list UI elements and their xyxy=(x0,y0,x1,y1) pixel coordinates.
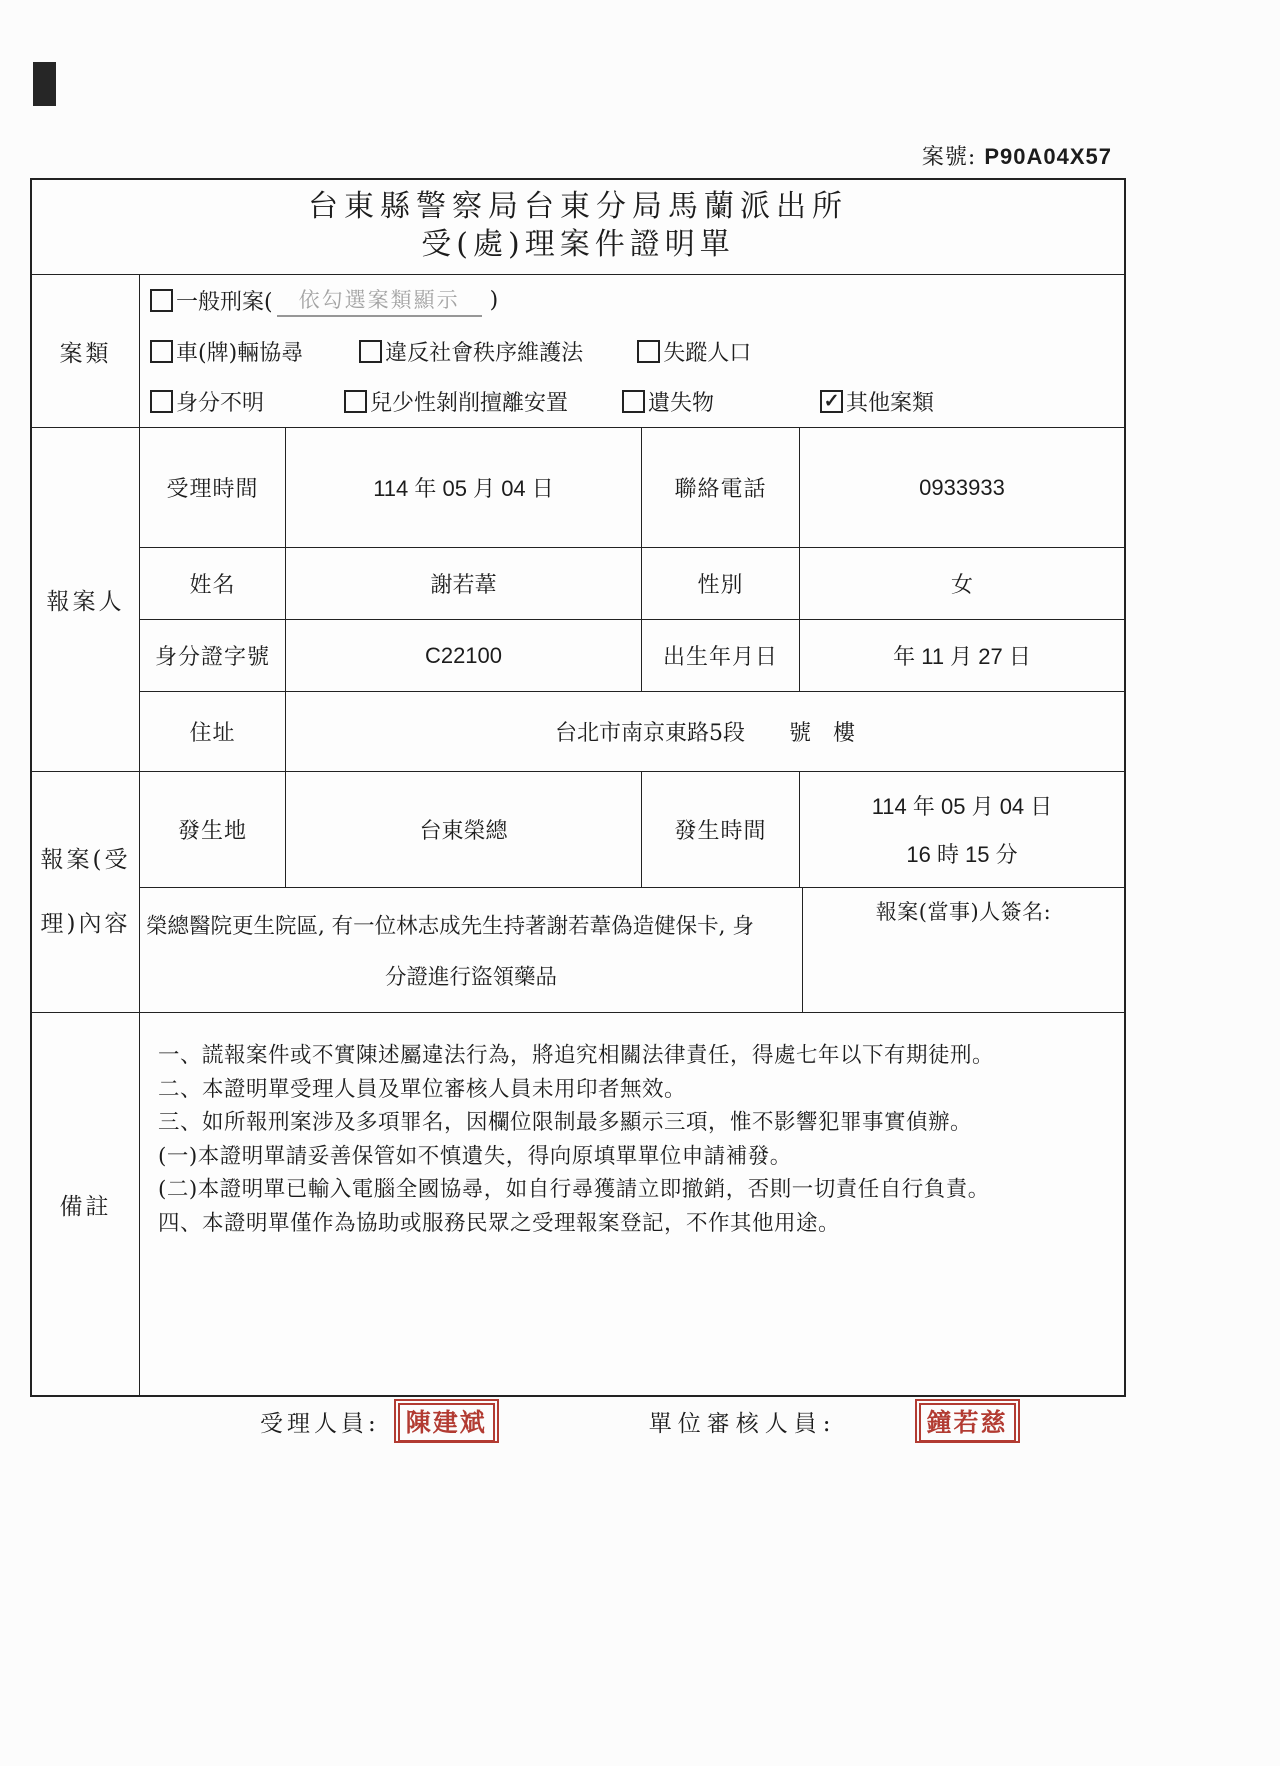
birth-label: 出生年月日 xyxy=(642,620,800,691)
reporter-signature-label: 報案(當事)人簽名: xyxy=(803,888,1124,1012)
label-child-protection: 兒少性剝削擅離安置 xyxy=(370,386,568,417)
accept-time-label: 受理時間 xyxy=(140,428,286,547)
incident-body: 發生地 台東榮總 發生時間 114 年 05 月 04 日 16 時 15 分 … xyxy=(140,772,1124,1012)
remark-line: (二)本證明單已輸入電腦全國協尋，如自行尋獲請立即撤銷，否則一切責任自行負責。 xyxy=(158,1173,1114,1207)
document-page: 案號: P90A04X57 台東縣警察局台東分局馬蘭派出所 受(處)理案件證明單… xyxy=(0,0,1280,1766)
label-vehicle-search: 車(牌)輛協尋 xyxy=(176,336,303,367)
gender-label: 性別 xyxy=(642,548,800,619)
id-value: C22100 xyxy=(286,620,642,691)
case-type-row-2: 車(牌)輛協尋 違反社會秩序維護法 失蹤人口 xyxy=(140,326,1124,377)
row-id: 身分證字號 C22100 出生年月日 年 11 月 27 日 xyxy=(140,620,1124,692)
case-type-row-1: 一般刑案( 依勾選案類顯示 ) xyxy=(140,275,1124,326)
case-type-section-label: 案類 xyxy=(32,275,140,427)
checkbox-vehicle-search xyxy=(150,340,173,363)
reporter-section-label: 報案人 xyxy=(32,428,140,771)
checkbox-social-order xyxy=(359,340,382,363)
remarks-section: 備註 一、謊報案件或不實陳述屬違法行為，將追究相關法律責任，得處七年以下有期徒刑… xyxy=(32,1013,1124,1395)
label-close-paren: ) xyxy=(490,288,499,313)
location-label: 發生地 xyxy=(140,772,286,887)
name-value: 謝若葦 xyxy=(286,548,642,619)
case-number-label: 案號: xyxy=(922,145,976,170)
row-accept-time: 受理時間 114 年 05 月 04 日 聯絡電話 0933933 xyxy=(140,428,1124,548)
checkbox-general-criminal xyxy=(150,289,173,312)
incident-time-value: 114 年 05 月 04 日 16 時 15 分 xyxy=(800,772,1124,887)
label-missing-person: 失蹤人口 xyxy=(663,336,751,367)
location-value: 台東榮總 xyxy=(286,772,642,887)
remark-line: 二、本證明單受理人員及單位審核人員未用印者無效。 xyxy=(158,1073,1114,1107)
handler-label: 受理人員: xyxy=(260,1405,380,1438)
incident-date: 114 年 05 月 04 日 xyxy=(872,790,1053,821)
scan-artifact-mark xyxy=(33,62,56,106)
case-type-row-3: 身分不明 兒少性剝削擅離安置 遺失物 ✓ 其他案類 xyxy=(140,376,1124,427)
checkbox-child-protection xyxy=(344,390,367,413)
phone-value: 0933933 xyxy=(800,428,1124,547)
address-value: 台北市南京東路5段 號 樓 xyxy=(286,692,1124,771)
case-type-section: 案類 一般刑案( 依勾選案類顯示 ) 車(牌)輛協尋 違反社會秩序維護法 失蹤人… xyxy=(32,275,1124,428)
label-lost-property: 遺失物 xyxy=(648,386,714,417)
case-number-value: P90A04X57 xyxy=(984,144,1112,169)
row-incident-content: 榮總醫院更生院區, 有一位林志成先生持著謝若葦偽造健保卡, 身 分證進行盜領藥品… xyxy=(140,888,1124,1012)
accept-time-value: 114 年 05 月 04 日 xyxy=(286,428,642,547)
remarks-section-label: 備註 xyxy=(32,1013,140,1395)
phone-label: 聯絡電話 xyxy=(642,428,800,547)
label-general-criminal: 一般刑案( xyxy=(176,285,273,316)
incident-content-line2: 分證進行盜領藥品 xyxy=(140,960,802,991)
checkbox-unknown-identity xyxy=(150,390,173,413)
check-mark-icon: ✓ xyxy=(824,392,840,411)
form-title-line1: 台東縣警察局台東分局馬蘭派出所 xyxy=(32,188,1124,226)
checkbox-other-case-checked: ✓ xyxy=(820,390,843,413)
label-other-case: 其他案類 xyxy=(846,386,934,417)
checkbox-missing-person xyxy=(637,340,660,363)
remark-line: (一)本證明單請妥善保管如不慎遺失，得向原填單單位申請補發。 xyxy=(158,1140,1114,1174)
reviewer-stamp-name: 鐘若慈 xyxy=(919,1403,1016,1442)
birth-value: 年 11 月 27 日 xyxy=(800,620,1124,691)
report-form-table: 台東縣警察局台東分局馬蘭派出所 受(處)理案件證明單 案類 一般刑案( 依勾選案… xyxy=(30,178,1126,1397)
incident-clock: 16 時 15 分 xyxy=(906,838,1017,869)
incident-section-label: 報案(受 理)內容 xyxy=(32,772,140,1012)
incident-content-line1: 榮總醫院更生院區, 有一位林志成先生持著謝若葦偽造健保卡, 身 xyxy=(140,909,802,940)
label-unknown-identity: 身分不明 xyxy=(176,386,264,417)
incident-section-label-line1: 報案(受 xyxy=(41,828,131,892)
gender-value: 女 xyxy=(800,548,1124,619)
reviewer-stamp-seal: 鐘若慈 xyxy=(915,1399,1020,1443)
address-label: 住址 xyxy=(140,692,286,771)
reporter-section: 報案人 受理時間 114 年 05 月 04 日 聯絡電話 0933933 姓名… xyxy=(32,428,1124,772)
signature-footer: 受理人員: 陳建斌 單位審核人員: 鐘若慈 xyxy=(30,1399,1126,1443)
label-social-order: 違反社會秩序維護法 xyxy=(385,336,583,367)
remark-line: 一、謊報案件或不實陳述屬違法行為，將追究相關法律責任，得處七年以下有期徒刑。 xyxy=(158,1039,1114,1073)
handler-stamp-seal: 陳建斌 xyxy=(394,1399,499,1443)
reporter-body: 受理時間 114 年 05 月 04 日 聯絡電話 0933933 姓名 謝若葦… xyxy=(140,428,1124,771)
name-label: 姓名 xyxy=(140,548,286,619)
remarks-body: 一、謊報案件或不實陳述屬違法行為，將追究相關法律責任，得處七年以下有期徒刑。 二… xyxy=(140,1013,1124,1395)
handler-stamp-name: 陳建斌 xyxy=(398,1403,495,1442)
form-title: 台東縣警察局台東分局馬蘭派出所 受(處)理案件證明單 xyxy=(32,180,1124,275)
incident-section: 報案(受 理)內容 發生地 台東榮總 發生時間 114 年 05 月 04 日 … xyxy=(32,772,1124,1013)
case-type-body: 一般刑案( 依勾選案類顯示 ) 車(牌)輛協尋 違反社會秩序維護法 失蹤人口 身… xyxy=(140,275,1124,427)
case-number: 案號: P90A04X57 xyxy=(0,140,1112,171)
remark-line: 四、本證明單僅作為協助或服務民眾之受理報案登記，不作其他用途。 xyxy=(158,1207,1114,1241)
row-name: 姓名 謝若葦 性別 女 xyxy=(140,548,1124,620)
case-type-placeholder: 依勾選案類顯示 xyxy=(277,284,482,317)
row-address: 住址 台北市南京東路5段 號 樓 xyxy=(140,692,1124,771)
row-incident-place-time: 發生地 台東榮總 發生時間 114 年 05 月 04 日 16 時 15 分 xyxy=(140,772,1124,888)
remark-line: 三、如所報刑案涉及多項罪名，因欄位限制最多顯示三項，惟不影響犯罪事實偵辦。 xyxy=(158,1106,1114,1140)
reviewer-label: 單位審核人員: xyxy=(649,1405,837,1438)
id-label: 身分證字號 xyxy=(140,620,286,691)
form-title-line2: 受(處)理案件證明單 xyxy=(32,226,1124,264)
incident-content: 榮總醫院更生院區, 有一位林志成先生持著謝若葦偽造健保卡, 身 分證進行盜領藥品 xyxy=(140,888,803,1012)
checkbox-lost-property xyxy=(622,390,645,413)
incident-time-label: 發生時間 xyxy=(642,772,800,887)
incident-section-label-line2: 理)內容 xyxy=(41,892,131,956)
